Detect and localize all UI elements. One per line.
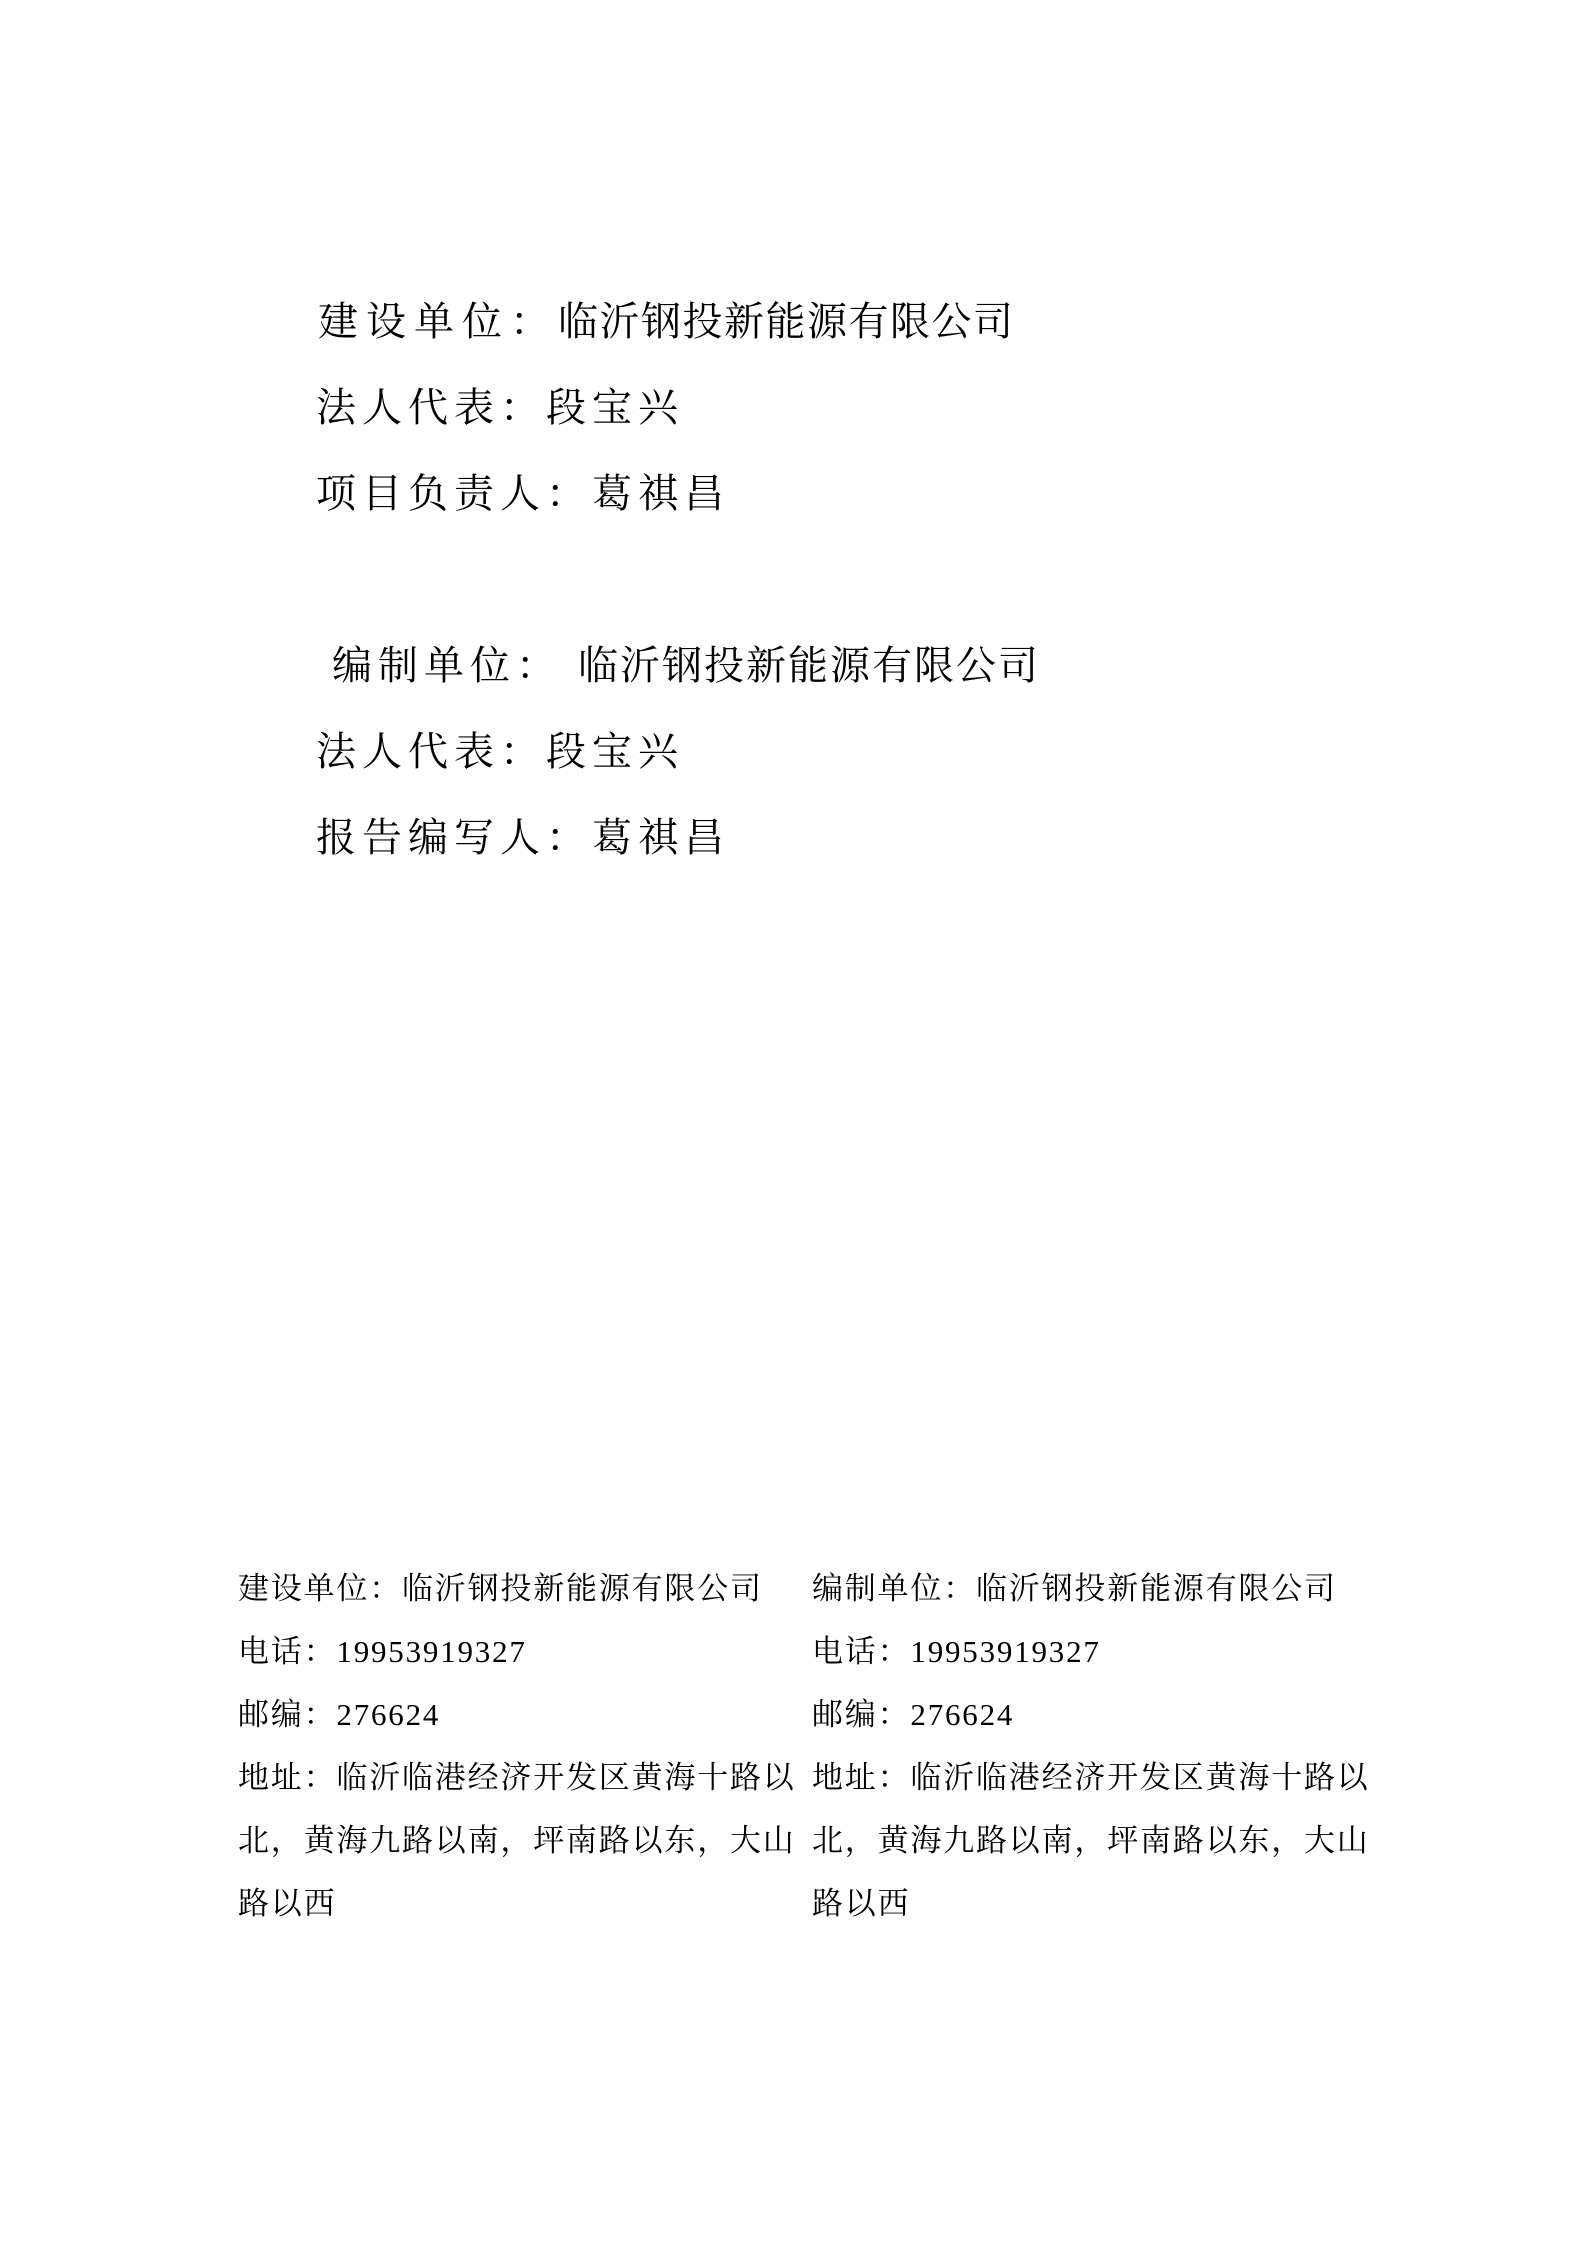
- project-leader-label: 项目负责人：: [316, 471, 592, 516]
- unit-value: 临沂钢投新能源有限公司: [976, 1571, 1337, 1606]
- unit-value: 临沂钢投新能源有限公司: [402, 1571, 763, 1606]
- unit-line: 建设单位：临沂钢投新能源有限公司: [238, 1557, 858, 1620]
- legal-representative-label: 法人代表：: [316, 729, 546, 774]
- document-page: 建设单位：临沂钢投新能源有限公司 法人代表：段宝兴 项目负责人：葛祺昌 编制单位…: [0, 0, 1587, 2245]
- phone-label: 电话：: [812, 1634, 910, 1669]
- report-writer-value: 葛祺昌: [592, 815, 730, 860]
- compiling-unit-label: 编制单位：: [332, 643, 562, 688]
- phone-line: 电话：19953919327: [812, 1620, 1432, 1683]
- project-leader-line: 项目负责人：葛祺昌: [316, 471, 730, 517]
- phone-value: 19953919327: [336, 1634, 526, 1669]
- legal-representative-value: 段宝兴: [546, 729, 684, 774]
- postal-label: 邮编：: [812, 1697, 910, 1732]
- legal-representative-line-1: 法人代表：段宝兴: [316, 385, 684, 431]
- construction-unit-label: 建设单位：: [318, 299, 558, 344]
- report-writer-line: 报告编写人：葛祺昌: [316, 815, 730, 861]
- postal-label: 邮编：: [238, 1697, 336, 1732]
- address-line-3: 路以西: [238, 1872, 858, 1935]
- compiling-unit-line: 编制单位：临沂钢投新能源有限公司: [332, 643, 1040, 689]
- project-leader-value: 葛祺昌: [592, 471, 730, 516]
- compiling-unit-value: 临沂钢投新能源有限公司: [578, 643, 1040, 688]
- legal-representative-label: 法人代表：: [316, 385, 546, 430]
- footer-right-column: 编制单位：临沂钢投新能源有限公司 电话：19953919327 邮编：27662…: [812, 1557, 1432, 1935]
- phone-value: 19953919327: [910, 1634, 1100, 1669]
- address-line-2: 北，黄海九路以南，坪南路以东，大山: [812, 1809, 1432, 1872]
- address-line-1: 地址：临沂临港经济开发区黄海十路以: [812, 1746, 1432, 1809]
- postal-value: 276624: [910, 1697, 1014, 1732]
- address-line-1: 地址：临沂临港经济开发区黄海十路以: [238, 1746, 858, 1809]
- construction-unit-value: 临沂钢投新能源有限公司: [558, 299, 1015, 344]
- unit-label: 编制单位：: [812, 1571, 976, 1606]
- phone-line: 电话：19953919327: [238, 1620, 858, 1683]
- phone-label: 电话：: [238, 1634, 336, 1669]
- unit-line: 编制单位：临沂钢投新能源有限公司: [812, 1557, 1432, 1620]
- report-writer-label: 报告编写人：: [316, 815, 592, 860]
- legal-representative-value: 段宝兴: [546, 385, 684, 430]
- postal-line: 邮编：276624: [812, 1683, 1432, 1746]
- address-line-3: 路以西: [812, 1872, 1432, 1935]
- legal-representative-line-2: 法人代表：段宝兴: [316, 729, 684, 775]
- footer-left-column: 建设单位：临沂钢投新能源有限公司 电话：19953919327 邮编：27662…: [238, 1557, 858, 1935]
- postal-value: 276624: [336, 1697, 440, 1732]
- construction-unit-line: 建设单位：临沂钢投新能源有限公司: [318, 299, 1015, 345]
- address-line-2: 北，黄海九路以南，坪南路以东，大山: [238, 1809, 858, 1872]
- unit-label: 建设单位：: [238, 1571, 402, 1606]
- postal-line: 邮编：276624: [238, 1683, 858, 1746]
